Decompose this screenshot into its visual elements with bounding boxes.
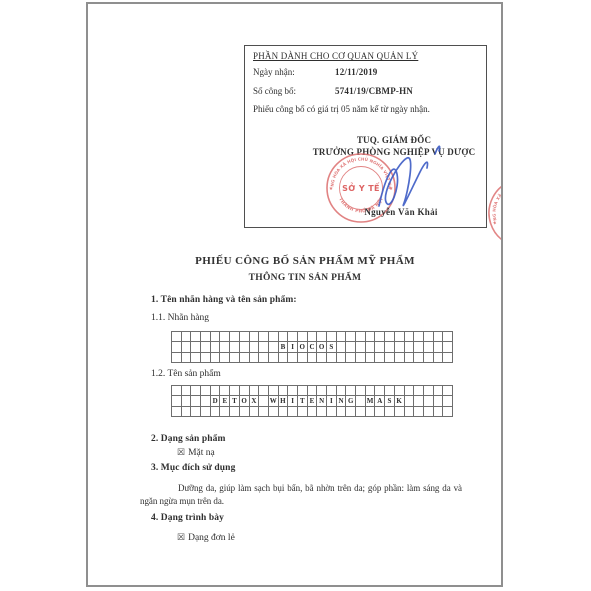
grid-cell	[317, 407, 327, 417]
section-2-heading: 2. Dạng sản phẩm	[151, 434, 225, 444]
received-date-value: 12/11/2019	[335, 67, 378, 77]
grid-cell: O	[317, 342, 327, 352]
grid-cell	[172, 353, 182, 363]
grid-cell: I	[327, 396, 337, 406]
grid-cell	[279, 386, 289, 396]
grid-cell	[172, 407, 182, 417]
grid-cell	[201, 342, 211, 352]
grid-cell	[269, 407, 279, 417]
grid-cell: X	[250, 396, 260, 406]
grid-cell	[346, 332, 356, 342]
grid-cell	[414, 332, 424, 342]
grid-cell: M	[366, 396, 376, 406]
grid-cell	[182, 396, 192, 406]
grid-cell	[259, 332, 269, 342]
grid-cell	[385, 353, 395, 363]
grid-cell	[269, 332, 279, 342]
grid-cell	[434, 353, 444, 363]
grid-cell	[443, 396, 453, 406]
grid-cell	[356, 353, 366, 363]
grid-cell	[230, 332, 240, 342]
grid-cell	[308, 407, 318, 417]
agency-section-box: PHẦN DÀNH CHO CƠ QUAN QUẢN LÝ Ngày nhận:…	[244, 45, 487, 228]
grid-cell	[356, 342, 366, 352]
grid-cell	[317, 332, 327, 342]
grid-cell	[395, 342, 405, 352]
grid-cell	[395, 332, 405, 342]
grid-cell	[240, 342, 250, 352]
grid-cell	[434, 396, 444, 406]
agency-box-title: PHẦN DÀNH CHO CƠ QUAN QUẢN LÝ	[253, 51, 418, 61]
grid-cell	[405, 342, 415, 352]
grid-cell	[405, 353, 415, 363]
grid-row: DETOXWHITENINGMASK	[172, 396, 453, 406]
grid-cell: S	[327, 342, 337, 352]
grid-cell	[230, 353, 240, 363]
grid-cell	[288, 332, 298, 342]
product-name-grid: DETOXWHITENINGMASK	[171, 385, 453, 417]
grid-cell	[201, 407, 211, 417]
grid-cell	[250, 332, 260, 342]
product-form-option: ☒Mặt nạ	[177, 447, 215, 458]
grid-cell: I	[288, 396, 298, 406]
grid-cell	[434, 342, 444, 352]
grid-cell	[308, 332, 318, 342]
grid-cell: C	[308, 342, 318, 352]
grid-cell	[337, 407, 347, 417]
section-3-heading: 3. Mục đích sử dụng	[151, 463, 235, 473]
grid-cell	[424, 332, 434, 342]
grid-cell	[366, 342, 376, 352]
grid-cell	[327, 332, 337, 342]
grid-cell	[385, 342, 395, 352]
checked-checkbox-icon: ☒	[177, 532, 185, 542]
grid-cell	[201, 332, 211, 342]
grid-cell	[211, 386, 221, 396]
grid-cell	[414, 353, 424, 363]
grid-cell	[250, 386, 260, 396]
grid-cell	[240, 332, 250, 342]
validity-note: Phiếu công bố có giá trị 05 năm kể từ ng…	[253, 104, 430, 114]
grid-cell	[337, 386, 347, 396]
grid-cell	[172, 396, 182, 406]
grid-cell	[259, 407, 269, 417]
grid-cell	[375, 332, 385, 342]
grid-cell	[424, 386, 434, 396]
product-form-option-label: Mặt nạ	[188, 448, 215, 458]
grid-cell	[424, 353, 434, 363]
signature-icon	[363, 132, 475, 232]
grid-cell	[269, 386, 279, 396]
grid-cell	[250, 342, 260, 352]
brand-name-label: 1.1. Nhãn hàng	[151, 313, 209, 323]
grid-cell	[375, 353, 385, 363]
grid-cell: A	[375, 396, 385, 406]
section-1-heading: 1. Tên nhãn hàng và tên sản phẩm:	[151, 295, 297, 305]
grid-cell	[443, 407, 453, 417]
grid-cell	[337, 342, 347, 352]
grid-cell	[366, 353, 376, 363]
checked-checkbox-icon: ☒	[177, 447, 185, 457]
grid-cell: E	[308, 396, 318, 406]
grid-cell	[375, 342, 385, 352]
grid-cell	[298, 386, 308, 396]
grid-cell: I	[288, 342, 298, 352]
grid-cell	[317, 386, 327, 396]
grid-cell	[327, 386, 337, 396]
grid-cell: O	[240, 396, 250, 406]
usage-purpose-text: Dưỡng da, giúp làm sạch bụi bẩn, bã nhờn…	[140, 482, 462, 508]
grid-cell	[211, 353, 221, 363]
grid-cell	[424, 396, 434, 406]
grid-cell	[414, 407, 424, 417]
grid-cell	[191, 396, 201, 406]
grid-cell	[220, 386, 230, 396]
grid-cell	[220, 342, 230, 352]
grid-cell	[201, 386, 211, 396]
grid-cell	[182, 332, 192, 342]
grid-cell	[395, 407, 405, 417]
presentation-form-option: ☒Dạng đơn lẻ	[177, 532, 235, 543]
grid-cell	[279, 407, 289, 417]
grid-cell	[298, 353, 308, 363]
grid-cell	[182, 342, 192, 352]
grid-cell	[191, 407, 201, 417]
document-title: PHIẾU CÔNG BỐ SẢN PHẨM MỸ PHẨM	[128, 255, 482, 267]
grid-cell	[414, 342, 424, 352]
grid-cell: W	[269, 396, 279, 406]
grid-cell	[298, 332, 308, 342]
grid-cell	[424, 407, 434, 417]
grid-cell	[443, 332, 453, 342]
grid-cell: O	[298, 342, 308, 352]
grid-cell	[395, 353, 405, 363]
grid-row	[172, 386, 453, 396]
brand-name-grid: BIOCOS	[171, 331, 453, 363]
grid-cell	[366, 332, 376, 342]
grid-cell	[220, 407, 230, 417]
grid-cell	[259, 386, 269, 396]
grid-cell	[279, 353, 289, 363]
grid-cell	[230, 407, 240, 417]
grid-row	[172, 407, 453, 417]
grid-cell	[434, 386, 444, 396]
grid-cell	[308, 353, 318, 363]
grid-cell	[405, 396, 415, 406]
grid-cell	[385, 407, 395, 417]
grid-cell	[424, 342, 434, 352]
product-name-label: 1.2. Tên sản phẩm	[151, 369, 221, 379]
section-4-heading: 4. Dạng trình bày	[151, 513, 224, 523]
grid-cell	[434, 332, 444, 342]
grid-cell: N	[317, 396, 327, 406]
grid-cell	[211, 407, 221, 417]
edge-partial-stamp-icon: CỘNG HÒA XÃ HỘI CHỦ NGHĨA VIỆT NAM THÀNH…	[485, 175, 503, 251]
grid-row	[172, 332, 453, 342]
grid-cell	[230, 342, 240, 352]
grid-cell	[191, 353, 201, 363]
grid-cell	[220, 332, 230, 342]
grid-cell	[288, 353, 298, 363]
grid-cell	[288, 386, 298, 396]
grid-cell	[337, 353, 347, 363]
presentation-form-option-label: Dạng đơn lẻ	[188, 533, 235, 543]
grid-cell	[230, 386, 240, 396]
grid-cell	[434, 407, 444, 417]
grid-cell	[288, 407, 298, 417]
grid-cell: H	[279, 396, 289, 406]
grid-cell	[346, 353, 356, 363]
grid-cell	[259, 353, 269, 363]
grid-cell	[250, 407, 260, 417]
grid-cell	[172, 386, 182, 396]
grid-cell	[308, 386, 318, 396]
grid-cell	[443, 386, 453, 396]
edge-stamp-top-arc-text: CỘNG HÒA XÃ HỘI CHỦ NGHĨA VIỆT NAM	[485, 175, 503, 225]
grid-cell	[366, 407, 376, 417]
grid-cell	[366, 386, 376, 396]
grid-cell	[375, 386, 385, 396]
grid-cell: B	[279, 342, 289, 352]
grid-cell: G	[346, 396, 356, 406]
grid-cell	[405, 332, 415, 342]
grid-cell	[356, 386, 366, 396]
grid-cell	[414, 396, 424, 406]
document-subtitle: THÔNG TIN SẢN PHẨM	[128, 273, 482, 283]
grid-cell	[356, 396, 366, 406]
grid-cell	[395, 386, 405, 396]
grid-cell	[211, 342, 221, 352]
grid-cell: N	[337, 396, 347, 406]
grid-cell	[201, 353, 211, 363]
grid-cell	[327, 353, 337, 363]
grid-cell	[211, 332, 221, 342]
grid-cell	[405, 386, 415, 396]
grid-cell	[356, 407, 366, 417]
grid-cell	[346, 407, 356, 417]
grid-cell	[317, 353, 327, 363]
grid-row	[172, 353, 453, 363]
grid-cell	[356, 332, 366, 342]
grid-cell	[259, 342, 269, 352]
signer-name: Nguyễn Văn Khải	[321, 207, 481, 217]
grid-cell	[240, 353, 250, 363]
grid-cell	[279, 332, 289, 342]
grid-cell	[191, 386, 201, 396]
grid-cell	[172, 332, 182, 342]
grid-cell	[182, 353, 192, 363]
grid-cell	[172, 342, 182, 352]
grid-cell	[250, 353, 260, 363]
grid-cell: D	[211, 396, 221, 406]
grid-cell	[182, 386, 192, 396]
grid-cell	[443, 353, 453, 363]
grid-cell: T	[298, 396, 308, 406]
grid-cell: K	[395, 396, 405, 406]
grid-cell	[385, 386, 395, 396]
grid-cell	[346, 342, 356, 352]
grid-cell	[240, 407, 250, 417]
grid-cell	[414, 386, 424, 396]
grid-row: BIOCOS	[172, 342, 453, 352]
received-date-label: Ngày nhận:	[253, 67, 295, 77]
grid-cell: E	[220, 396, 230, 406]
grid-cell	[385, 332, 395, 342]
declaration-number-value: 5741/19/CBMP-HN	[335, 86, 413, 96]
grid-cell	[259, 396, 269, 406]
grid-cell	[298, 407, 308, 417]
grid-cell	[182, 407, 192, 417]
grid-cell	[191, 342, 201, 352]
edge-stamp-star-icon: ★	[492, 220, 499, 227]
svg-text:CỘNG HÒA XÃ HỘI CHỦ NGHĨA VIỆT: CỘNG HÒA XÃ HỘI CHỦ NGHĨA VIỆT NAM	[485, 175, 503, 225]
grid-cell	[240, 386, 250, 396]
grid-cell	[327, 407, 337, 417]
stamp-left-star-icon: ★	[329, 186, 334, 192]
grid-cell	[191, 332, 201, 342]
grid-cell	[201, 396, 211, 406]
grid-cell	[220, 353, 230, 363]
scanned-form-page: PHẦN DÀNH CHO CƠ QUAN QUẢN LÝ Ngày nhận:…	[86, 2, 503, 587]
declaration-number-label: Số công bố:	[253, 86, 296, 96]
grid-cell: S	[385, 396, 395, 406]
grid-cell: T	[230, 396, 240, 406]
grid-cell	[337, 332, 347, 342]
grid-cell	[405, 407, 415, 417]
grid-cell	[269, 353, 279, 363]
grid-cell	[346, 386, 356, 396]
grid-cell	[443, 342, 453, 352]
grid-cell	[375, 407, 385, 417]
grid-cell	[269, 342, 279, 352]
